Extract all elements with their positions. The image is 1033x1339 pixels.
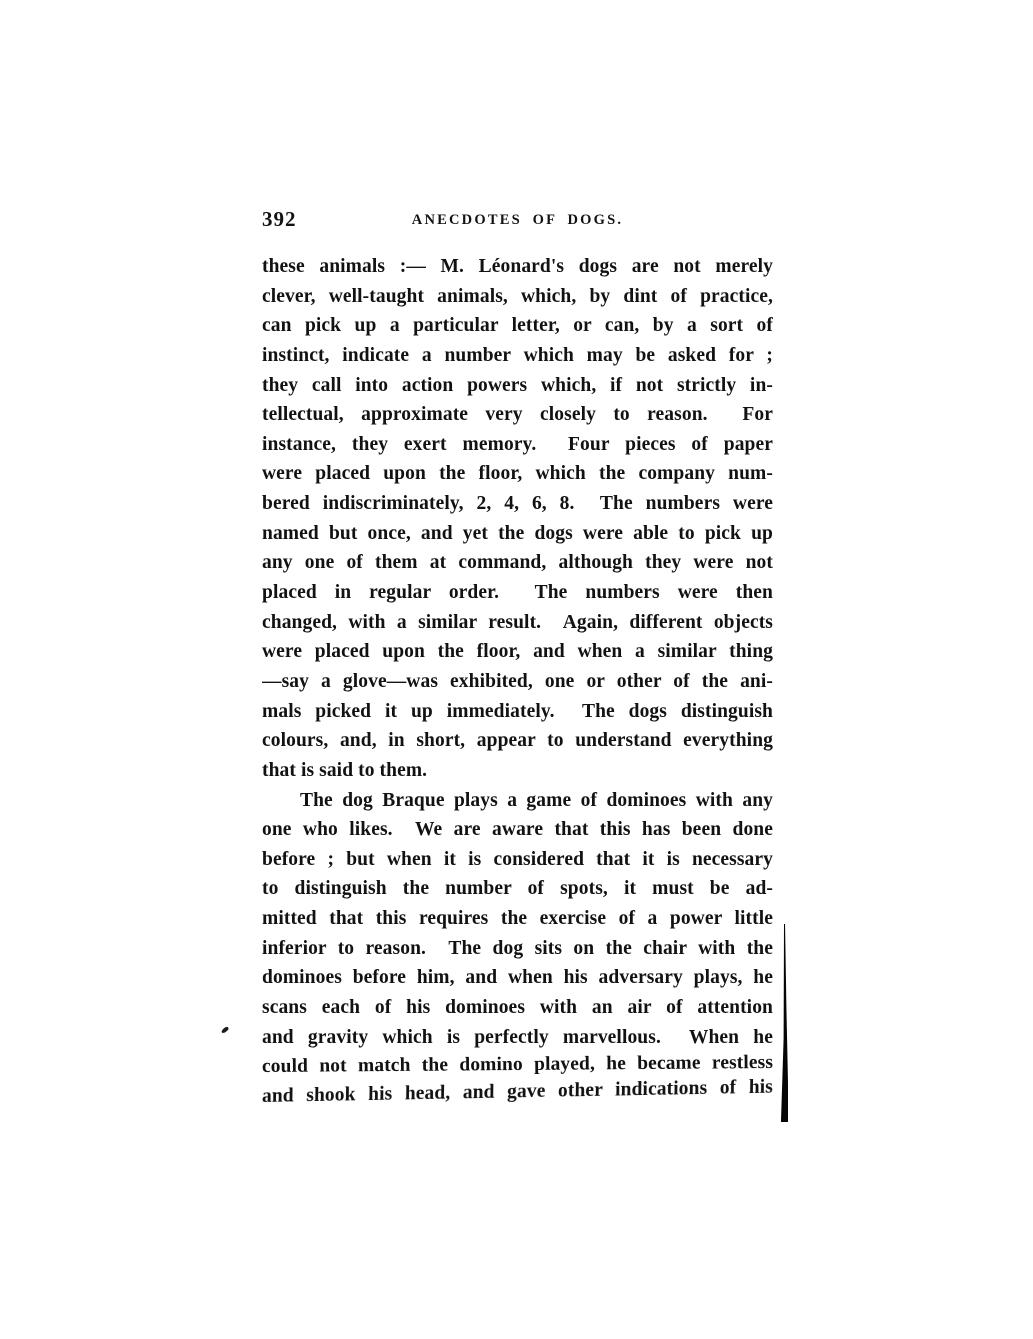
text-line: that is said to them. xyxy=(262,756,773,786)
text-line: were placed upon the floor, which the co… xyxy=(262,459,773,489)
text-line: instance, they exert memory. Four pieces… xyxy=(262,430,773,460)
text-line: colours, and, in short, appear to unders… xyxy=(262,726,773,756)
text-line: inferior to reason. The dog sits on the … xyxy=(262,934,773,964)
paragraph: The dog Braque plays a game of dominoes … xyxy=(262,786,773,1112)
text-line: instinct, indicate a number which may be… xyxy=(262,341,773,371)
text-line: clever, well-taught animals, which, by d… xyxy=(262,282,773,312)
book-page: 392 ANECDOTES OF DOGS. these animals :— … xyxy=(0,0,1033,1339)
text-line: one who likes. We are aware that this ha… xyxy=(262,815,773,845)
text-line: changed, with a similar result. Again, d… xyxy=(262,608,773,638)
body-text: these animals :— M. Léonard's dogs are n… xyxy=(262,252,773,1112)
text-line: can pick up a particular letter, or can,… xyxy=(262,311,773,341)
paragraph: these animals :— M. Léonard's dogs are n… xyxy=(262,252,773,786)
text-line: —say a glove—was exhibited, one or other… xyxy=(262,667,773,697)
text-line: these animals :— M. Léonard's dogs are n… xyxy=(262,252,773,282)
text-line: were placed upon the floor, and when a s… xyxy=(262,637,773,667)
text-line: The dog Braque plays a game of dominoes … xyxy=(262,786,773,816)
dust-speck-artifact xyxy=(221,1026,230,1034)
text-line: before ; but when it is considered that … xyxy=(262,845,773,875)
running-title: ANECDOTES OF DOGS. xyxy=(412,212,623,229)
text-line: named but once, and yet the dogs were ab… xyxy=(262,519,773,549)
text-line: scans each of his dominoes with an air o… xyxy=(262,993,773,1023)
page-header: 392 ANECDOTES OF DOGS. xyxy=(262,207,773,233)
text-line: they call into action powers which, if n… xyxy=(262,371,773,401)
text-line: mals picked it up immediately. The dogs … xyxy=(262,697,773,727)
text-line: tellectual, approximate very closely to … xyxy=(262,400,773,430)
page-number: 392 xyxy=(262,207,297,232)
text-line: bered indiscriminately, 2, 4, 6, 8. The … xyxy=(262,489,773,519)
text-line: mitted that this requires the exercise o… xyxy=(262,904,773,934)
text-line: placed in regular order. The numbers wer… xyxy=(262,578,773,608)
ink-smear-artifact xyxy=(780,924,788,1122)
text-line: dominoes before him, and when his advers… xyxy=(262,963,773,993)
text-line: any one of them at command, although the… xyxy=(262,548,773,578)
text-line: to distinguish the number of spots, it m… xyxy=(262,874,773,904)
